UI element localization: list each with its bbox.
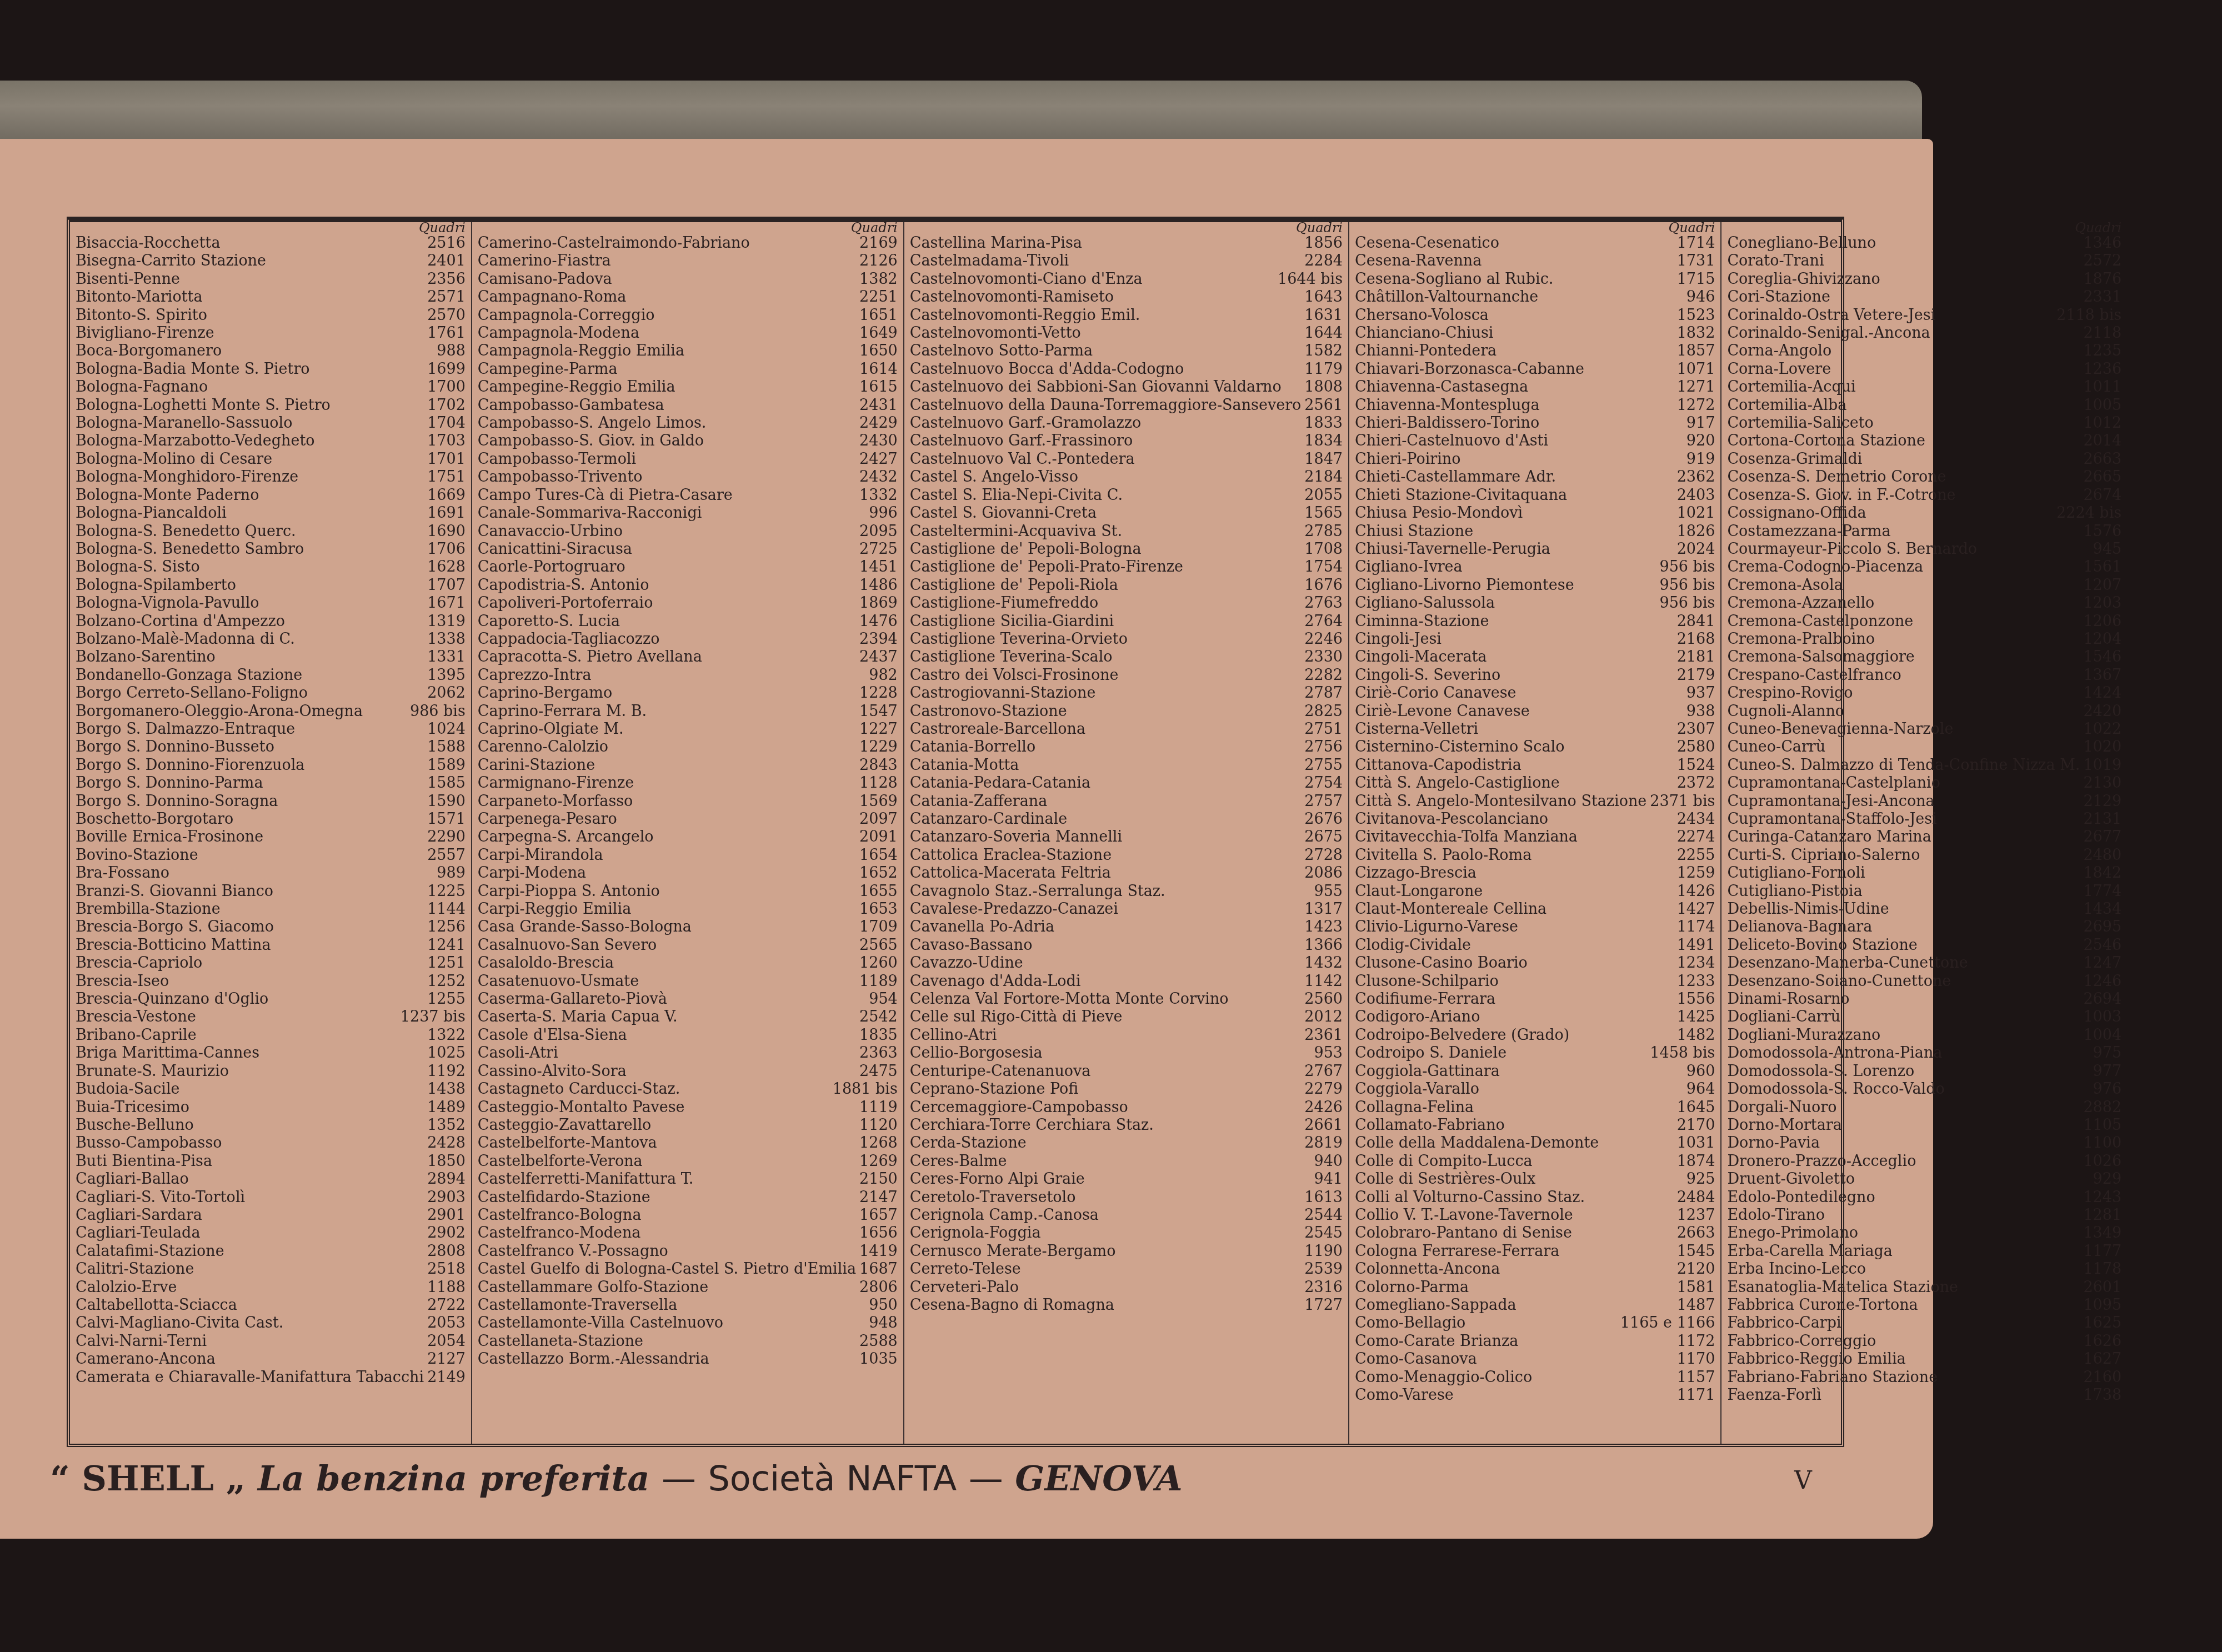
index-entry: Castiglione de' Pepoli-Bologna1708 bbox=[910, 540, 1343, 558]
table-number: 1761 bbox=[424, 324, 466, 342]
index-entry: Catania-Zafferana2757 bbox=[910, 793, 1343, 810]
route-name: Castel S. Angelo-Visso bbox=[910, 468, 1078, 486]
route-name: Città S. Angelo-Montesilvano Stazione bbox=[1355, 793, 1647, 810]
route-name: Cerreto-Telese bbox=[910, 1260, 1021, 1278]
table-number: 1035 bbox=[856, 1350, 898, 1368]
table-number: 2251 bbox=[856, 288, 898, 306]
table-number: 2539 bbox=[1301, 1260, 1343, 1278]
route-name: Castroreale-Barcellona bbox=[910, 720, 1085, 738]
table-number: 2184 bbox=[1301, 468, 1343, 486]
route-name: Cattolica Eraclea-Stazione bbox=[910, 847, 1112, 864]
index-entry: Corinaldo-Senigal.-Ancona2118 bbox=[1727, 324, 2121, 342]
table-number: 2546 bbox=[2080, 937, 2121, 954]
index-entry: Cavalese-Predazzo-Canazei1317 bbox=[910, 900, 1343, 918]
route-name: Fabbrica Curone-Tortona bbox=[1727, 1296, 1918, 1314]
index-entry: Ciriè-Levone Canavese938 bbox=[1355, 703, 1715, 720]
index-entry: Borgo S. Donnino-Busseto1588 bbox=[76, 738, 466, 756]
table-number: 1366 bbox=[1301, 937, 1343, 954]
index-entry: Cagliari-Ballao2894 bbox=[76, 1170, 466, 1188]
index-entry: Catanzaro-Cardinale2676 bbox=[910, 810, 1343, 828]
index-entry: Cerveteri-Palo2316 bbox=[910, 1279, 1343, 1296]
index-entry: Como-Casanova1170 bbox=[1355, 1350, 1715, 1368]
route-name: Bologna-S. Benedetto Querc. bbox=[76, 523, 296, 540]
index-entry: Chiusa Pesio-Mondovì1021 bbox=[1355, 504, 1715, 522]
route-name: Castelferretti-Manifattura T. bbox=[478, 1170, 693, 1188]
index-entry: Carini-Stazione2843 bbox=[478, 757, 898, 774]
table-number: 964 bbox=[1683, 1080, 1715, 1098]
route-name: Borgo Cerreto-Sellano-Foligno bbox=[76, 684, 308, 702]
route-name: Colorno-Parma bbox=[1355, 1279, 1469, 1296]
route-name: Dorno-Pavia bbox=[1727, 1134, 1820, 1152]
route-name: Domodossola-S. Lorenzo bbox=[1727, 1063, 1914, 1080]
table-number: 2806 bbox=[856, 1279, 898, 1296]
table-number: 2120 bbox=[1674, 1260, 1715, 1278]
table-number: 1649 bbox=[856, 324, 898, 342]
index-entry: Cernusco Merate-Bergamo1190 bbox=[910, 1243, 1343, 1260]
route-name: Campo Tures-Cà di Pietra-Casare bbox=[478, 487, 733, 504]
table-number: 1332 bbox=[856, 487, 898, 504]
index-entry: Clusone-Casino Boario1234 bbox=[1355, 954, 1715, 972]
table-number: 1170 bbox=[1674, 1350, 1715, 1368]
table-number: 2571 bbox=[424, 288, 466, 306]
index-entry: Castel S. Angelo-Visso2184 bbox=[910, 468, 1343, 486]
table-number: 2661 bbox=[1301, 1117, 1343, 1134]
index-entry: Casaloldo-Brescia1260 bbox=[478, 954, 898, 972]
index-entry: Como-Varese1171 bbox=[1355, 1386, 1715, 1404]
route-name: Borgo S. Donnino-Busseto bbox=[76, 738, 274, 756]
table-number: 2588 bbox=[856, 1333, 898, 1350]
route-name: Castellammare Golfo-Stazione bbox=[478, 1279, 708, 1296]
index-column-4: QuadriCesena-Cesenatico1714Cesena-Ravenn… bbox=[1349, 222, 1721, 1444]
table-number: 2160 bbox=[2080, 1369, 2121, 1386]
table-number: 1523 bbox=[1674, 307, 1715, 324]
index-entry: Erba Incino-Lecco1178 bbox=[1727, 1260, 2121, 1278]
table-number: 2095 bbox=[856, 523, 898, 540]
column-header: Quadri bbox=[76, 222, 466, 234]
table-number: 1119 bbox=[856, 1099, 898, 1117]
index-entry: Città S. Angelo-Castiglione2372 bbox=[1355, 774, 1715, 792]
table-number: 1571 bbox=[424, 810, 466, 828]
index-entry: Bivigliano-Firenze1761 bbox=[76, 324, 466, 342]
route-name: Cuneo-Benevagienna-Narzole bbox=[1727, 720, 1953, 738]
table-number: 2431 bbox=[856, 397, 898, 414]
table-number: 1142 bbox=[1301, 973, 1343, 990]
index-entry: Chersano-Volosca1523 bbox=[1355, 307, 1715, 324]
table-number: 2437 bbox=[856, 648, 898, 666]
route-name: Castiglione de' Pepoli-Riola bbox=[910, 577, 1118, 594]
route-name: Como-Varese bbox=[1355, 1386, 1454, 1404]
table-number: 1281 bbox=[2080, 1207, 2121, 1224]
route-name: Caprino-Ferrara M. B. bbox=[478, 703, 647, 720]
route-name: Campagnola-Modena bbox=[478, 324, 639, 342]
index-entry: Cingoli-S. Severino2179 bbox=[1355, 667, 1715, 684]
index-entry: Cremona-Salsomaggiore1546 bbox=[1727, 648, 2121, 666]
table-number: 2426 bbox=[1301, 1099, 1343, 1117]
route-name: Bologna-Vignola-Pavullo bbox=[76, 594, 259, 612]
table-number: 2901 bbox=[424, 1207, 466, 1224]
index-entry: Boville Ernica-Frosinone2290 bbox=[76, 828, 466, 846]
index-entry: Brescia-Vestone1237 bis bbox=[76, 1008, 466, 1026]
route-name: Castelnovo Sotto-Parma bbox=[910, 342, 1093, 360]
route-name: Ceres-Balme bbox=[910, 1153, 1007, 1170]
route-name: Castrogiovanni-Stazione bbox=[910, 684, 1096, 702]
route-name: Clusone-Schilpario bbox=[1355, 973, 1499, 990]
route-name: Castiglione Teverina-Orvieto bbox=[910, 630, 1128, 648]
route-name: Calvi-Narni-Terni bbox=[76, 1333, 207, 1350]
index-entry: Calitri-Stazione2518 bbox=[76, 1260, 466, 1278]
table-number: 1259 bbox=[1674, 864, 1715, 882]
route-name: Codroipo S. Daniele bbox=[1355, 1044, 1507, 1062]
table-number: 1165 e 1166 bbox=[1617, 1314, 1715, 1332]
table-number: 938 bbox=[1683, 703, 1715, 720]
route-name: Cuneo-Carrù bbox=[1727, 738, 1825, 756]
index-entry: Chieri-Poirino919 bbox=[1355, 450, 1715, 468]
table-number: 1451 bbox=[856, 558, 898, 576]
index-entry: Chieti Stazione-Civitaquana2403 bbox=[1355, 487, 1715, 504]
table-number: 1625 bbox=[2080, 1314, 2121, 1332]
table-number: 2129 bbox=[2080, 793, 2121, 810]
table-number: 2516 bbox=[424, 234, 466, 252]
table-number: 1476 bbox=[856, 613, 898, 630]
table-number: 2428 bbox=[424, 1134, 466, 1152]
route-name: Casalnuovo-San Severo bbox=[478, 937, 657, 954]
index-entry: Dorno-Pavia1100 bbox=[1727, 1134, 2121, 1152]
table-number: 2181 bbox=[1674, 648, 1715, 666]
index-entry: Città S. Angelo-Montesilvano Stazione237… bbox=[1355, 793, 1715, 810]
route-name: Cavanella Po-Adria bbox=[910, 918, 1054, 936]
route-name: Collamato-Fabriano bbox=[1355, 1117, 1505, 1134]
route-name: Ceprano-Stazione Pofi bbox=[910, 1080, 1079, 1098]
table-number: 1024 bbox=[424, 720, 466, 738]
route-name: Campagnano-Roma bbox=[478, 288, 627, 306]
index-entry: Bitonto-S. Spirito2570 bbox=[76, 307, 466, 324]
route-name: Dogliani-Murazzano bbox=[1727, 1027, 1880, 1044]
index-entry: Caprino-Bergamo1228 bbox=[478, 684, 898, 702]
index-entry: Caprino-Olgiate M.1227 bbox=[478, 720, 898, 738]
index-entry: Cesena-Sogliano al Rubic.1715 bbox=[1355, 271, 1715, 288]
table-number: 1835 bbox=[856, 1027, 898, 1044]
index-entry: Cossignano-Offida2224 bis bbox=[1727, 504, 2121, 522]
table-number: 1271 bbox=[1674, 378, 1715, 396]
index-entry: Cingoli-Macerata2181 bbox=[1355, 648, 1715, 666]
table-number: 2130 bbox=[2080, 774, 2121, 792]
index-entry: Dorgali-Nuoro2882 bbox=[1727, 1099, 2121, 1117]
index-entry: Borgo S. Donnino-Soragna1590 bbox=[76, 793, 466, 810]
route-name: Chianciano-Chiusi bbox=[1355, 324, 1493, 342]
table-number: 1706 bbox=[424, 540, 466, 558]
route-name: Codifiume-Ferrara bbox=[1355, 990, 1495, 1008]
table-number: 2663 bbox=[1674, 1224, 1715, 1242]
index-entry: Dinami-Rosarno2694 bbox=[1727, 990, 2121, 1008]
route-name: Domodossola-Antrona-Piana bbox=[1727, 1044, 1942, 1062]
table-number: 1003 bbox=[2080, 1008, 2121, 1026]
table-number: 920 bbox=[1683, 432, 1715, 450]
route-name: Claut-Longarone bbox=[1355, 883, 1483, 900]
index-entry: Celenza Val Fortore-Motta Monte Corvino2… bbox=[910, 990, 1343, 1008]
index-entry: Deliceto-Bovino Stazione2546 bbox=[1727, 937, 2121, 954]
table-number: 2787 bbox=[1301, 684, 1343, 702]
route-name: Civitavecchia-Tolfa Manziana bbox=[1355, 828, 1578, 846]
route-name: Dogliani-Carrù bbox=[1727, 1008, 1840, 1026]
table-number: 1524 bbox=[1674, 757, 1715, 774]
index-entry: Bisaccia-Rocchetta2516 bbox=[76, 234, 466, 252]
route-name: Campagnola-Reggio Emilia bbox=[478, 342, 684, 360]
route-name: Bologna-Badia Monte S. Pietro bbox=[76, 361, 310, 378]
route-name: Clusone-Casino Boario bbox=[1355, 954, 1528, 972]
index-entry: Cremona-Castelponzone1206 bbox=[1727, 613, 2121, 630]
table-number: 1826 bbox=[1674, 523, 1715, 540]
table-number: 2903 bbox=[424, 1189, 466, 1207]
route-name: Bologna-Fagnano bbox=[76, 378, 208, 396]
table-number: 1487 bbox=[1674, 1296, 1715, 1314]
table-number: 2544 bbox=[1301, 1207, 1343, 1224]
index-entry: Esanatoglia-Matelica Stazione2601 bbox=[1727, 1279, 2121, 1296]
index-entry: Cupramontana-Castelplanio2130 bbox=[1727, 774, 2121, 792]
index-entry: Caporetto-S. Lucia1476 bbox=[478, 613, 898, 630]
index-entry: Borgo Cerreto-Sellano-Foligno2062 bbox=[76, 684, 466, 702]
index-column-3: QuadriCastellina Marina-Pisa1856Castelma… bbox=[904, 222, 1349, 1444]
route-name: Bolzano-Malè-Madonna di C. bbox=[76, 630, 295, 648]
table-number: 1229 bbox=[856, 738, 898, 756]
index-entry: Castronovo-Stazione2825 bbox=[910, 703, 1343, 720]
table-number: 1071 bbox=[1674, 361, 1715, 378]
route-name: Castelfranco-Bologna bbox=[478, 1207, 642, 1224]
table-number: 2246 bbox=[1301, 630, 1343, 648]
route-name: Chieti-Castellammare Adr. bbox=[1355, 468, 1556, 486]
index-entry: Desenzano-Manerba-Cunettone1247 bbox=[1727, 954, 2121, 972]
table-number: 1857 bbox=[1674, 342, 1715, 360]
index-entry: Buti Bientina-Pisa1850 bbox=[76, 1153, 466, 1170]
table-number: 2825 bbox=[1301, 703, 1343, 720]
table-number: 1331 bbox=[424, 648, 466, 666]
table-number: 2808 bbox=[424, 1243, 466, 1260]
index-entry: Cassino-Alvito-Sora2475 bbox=[478, 1063, 898, 1080]
table-number: 2012 bbox=[1301, 1008, 1343, 1026]
table-number: 2394 bbox=[856, 630, 898, 648]
route-name: Cutigliano-Pistoia bbox=[1727, 883, 1862, 900]
route-name: Castelnuovo Garf.-Frassinoro bbox=[910, 432, 1133, 450]
index-entry: Celle sul Rigo-Città di Pieve2012 bbox=[910, 1008, 1343, 1026]
route-name: Celenza Val Fortore-Motta Monte Corvino bbox=[910, 990, 1229, 1008]
route-name: Cizzago-Brescia bbox=[1355, 864, 1477, 882]
table-number: 2279 bbox=[1301, 1080, 1343, 1098]
table-number: 1561 bbox=[2080, 558, 2121, 576]
table-number: 1651 bbox=[856, 307, 898, 324]
route-name: Carpenega-Pesaro bbox=[478, 810, 617, 828]
route-name: Desenzano-Soiano-Cunettone bbox=[1727, 973, 1951, 990]
route-name: Ceres-Forno Alpi Graie bbox=[910, 1170, 1085, 1188]
route-name: Edolo-Tirano bbox=[1727, 1207, 1825, 1224]
table-number: 2127 bbox=[424, 1350, 466, 1368]
route-name: Città S. Angelo-Castiglione bbox=[1355, 774, 1560, 792]
route-name: Castiglione de' Pepoli-Prato-Firenze bbox=[910, 558, 1183, 576]
table-number: 2331 bbox=[2080, 288, 2121, 306]
index-entry: Châtillon-Valtournanche946 bbox=[1355, 288, 1715, 306]
index-entry: Castelnovomonti-Ramiseto1643 bbox=[910, 288, 1343, 306]
route-name: Cupramontana-Castelplanio bbox=[1727, 774, 1940, 792]
route-name: Cerchiara-Torre Cerchiara Staz. bbox=[910, 1117, 1154, 1134]
table-number: 960 bbox=[1683, 1063, 1715, 1080]
table-number: 2118 bbox=[2080, 324, 2121, 342]
table-number: 1424 bbox=[2080, 684, 2121, 702]
route-name: Enego-Primolano bbox=[1727, 1224, 1858, 1242]
table-number: 1426 bbox=[1674, 883, 1715, 900]
index-entry: Castelfranco-Bologna1657 bbox=[478, 1207, 898, 1224]
route-name: Camerano-Ancona bbox=[76, 1350, 216, 1368]
route-name: Chieri-Baldissero-Torino bbox=[1355, 414, 1539, 432]
table-number: 1233 bbox=[1674, 973, 1715, 990]
index-entry: Ceres-Forno Alpi Graie941 bbox=[910, 1170, 1343, 1188]
index-entry: Carpi-Pioppa S. Antonio1655 bbox=[478, 883, 898, 900]
index-entry: Chiavenna-Montespluga1272 bbox=[1355, 397, 1715, 414]
route-name: Deliceto-Bovino Stazione bbox=[1727, 937, 1917, 954]
route-name: Casaloldo-Brescia bbox=[478, 954, 614, 972]
table-number: 1614 bbox=[856, 361, 898, 378]
index-entry: Castelbelforte-Mantova1268 bbox=[478, 1134, 898, 1152]
index-entry: Corinaldo-Ostra Vetere-Jesi2118 bis bbox=[1727, 307, 2121, 324]
table-number: 2843 bbox=[856, 757, 898, 774]
index-entry: Cerda-Stazione2819 bbox=[910, 1134, 1343, 1152]
table-number: 2676 bbox=[1301, 810, 1343, 828]
index-entry: Cutigliano-Pistoia1774 bbox=[1727, 883, 2121, 900]
table-number: 1236 bbox=[2080, 361, 2121, 378]
index-entry: Bologna-Vignola-Pavullo1671 bbox=[76, 594, 466, 612]
table-number: 1582 bbox=[1301, 342, 1343, 360]
index-entry: Chiusi Stazione1826 bbox=[1355, 523, 1715, 540]
route-name: Castelnuovo della Dauna-Torremaggiore-Sa… bbox=[910, 397, 1302, 414]
index-entry: Claut-Montereale Cellina1427 bbox=[1355, 900, 1715, 918]
index-entry: Cortona-Cortona Stazione2014 bbox=[1727, 432, 2121, 450]
index-entry: Cagliari-S. Vito-Tortolì2903 bbox=[76, 1189, 466, 1207]
index-entry: Curinga-Catanzaro Marina2677 bbox=[1727, 828, 2121, 846]
index-entry: Brescia-Borgo S. Giacomo1256 bbox=[76, 918, 466, 936]
route-name: Desenzano-Manerba-Cunettone bbox=[1727, 954, 1968, 972]
route-name: Chiusa Pesio-Mondovì bbox=[1355, 504, 1523, 522]
route-name: Capoliveri-Portoferraio bbox=[478, 594, 653, 612]
route-name: Costamezzana-Parma bbox=[1727, 523, 1890, 540]
route-name: Borgo S. Donnino-Parma bbox=[76, 774, 263, 792]
route-name: Courmayeur-Piccolo S. Bernardo bbox=[1727, 540, 1977, 558]
table-number: 1715 bbox=[1674, 271, 1715, 288]
route-name: Borgo S. Dalmazzo-Entraque bbox=[76, 720, 295, 738]
table-number: 1434 bbox=[2080, 900, 2121, 918]
table-number: 1157 bbox=[1674, 1369, 1715, 1386]
index-entry: Ceres-Balme940 bbox=[910, 1153, 1343, 1170]
table-number: 1486 bbox=[856, 577, 898, 594]
table-number: 1105 bbox=[2080, 1117, 2121, 1134]
route-name: Campobasso-S. Angelo Limos. bbox=[478, 414, 707, 432]
index-entry: Ceprano-Stazione Pofi2279 bbox=[910, 1080, 1343, 1098]
index-entry: Clivio-Ligurno-Varese1174 bbox=[1355, 918, 1715, 936]
table-number: 1626 bbox=[2080, 1333, 2121, 1350]
index-entry: Castelnuovo della Dauna-Torremaggiore-Sa… bbox=[910, 397, 1343, 414]
route-name: Esanatoglia-Matelica Stazione bbox=[1727, 1279, 1958, 1296]
table-number: 989 bbox=[433, 864, 466, 882]
table-number: 1491 bbox=[1674, 937, 1715, 954]
index-entry: Castelfranco V.-Possagno1419 bbox=[478, 1243, 898, 1260]
table-number: 948 bbox=[865, 1314, 898, 1332]
route-name: Cagliari-S. Vito-Tortolì bbox=[76, 1189, 245, 1207]
route-name: Casteggio-Montalto Pavese bbox=[478, 1099, 685, 1117]
index-entry: Comegliano-Sappada1487 bbox=[1355, 1296, 1715, 1314]
index-entry: Casteltermini-Acquaviva St.2785 bbox=[910, 523, 1343, 540]
route-name: Corinaldo-Senigal.-Ancona bbox=[1727, 324, 1930, 342]
index-entry: Bologna-S. Sisto1628 bbox=[76, 558, 466, 576]
index-entry: Erba-Carella Mariaga1177 bbox=[1727, 1243, 2121, 1260]
index-entry: Cortemilia-Saliceto1012 bbox=[1727, 414, 2121, 432]
index-entry: Courmayeur-Piccolo S. Bernardo945 bbox=[1727, 540, 2121, 558]
route-name: Borgo S. Donnino-Soragna bbox=[76, 793, 278, 810]
route-name: Civitella S. Paolo-Roma bbox=[1355, 847, 1532, 864]
table-number: 1727 bbox=[1301, 1296, 1343, 1314]
route-name: Cosenza-Grimaldi bbox=[1727, 450, 1862, 468]
route-name: Bivigliano-Firenze bbox=[76, 324, 214, 342]
route-name: Como-Carate Brianza bbox=[1355, 1333, 1518, 1350]
index-entry: Casoli-Atri2363 bbox=[478, 1044, 898, 1062]
index-entry: Campobasso-Gambatesa2431 bbox=[478, 397, 898, 414]
index-entry: Cattolica-Macerata Feltria2086 bbox=[910, 864, 1343, 882]
route-name: Castelnuovo Val C.-Pontedera bbox=[910, 450, 1135, 468]
route-name: Carpi-Pioppa S. Antonio bbox=[478, 883, 660, 900]
table-number: 1714 bbox=[1674, 234, 1715, 252]
table-number: 2131 bbox=[2080, 810, 2121, 828]
route-name: Erba Incino-Lecco bbox=[1727, 1260, 1866, 1278]
table-number: 1631 bbox=[1301, 307, 1343, 324]
table-number: 2055 bbox=[1301, 487, 1343, 504]
route-name: Castelfranco-Modena bbox=[478, 1224, 641, 1242]
index-entry: Catania-Motta2755 bbox=[910, 757, 1343, 774]
index-entry: Campagnano-Roma2251 bbox=[478, 288, 898, 306]
route-name: Cerveteri-Palo bbox=[910, 1279, 1019, 1296]
table-number: 956 bis bbox=[1657, 594, 1715, 612]
table-number: 2767 bbox=[1301, 1063, 1343, 1080]
table-number: 1025 bbox=[424, 1044, 466, 1062]
table-number: 2255 bbox=[1674, 847, 1715, 864]
table-number: 2565 bbox=[856, 937, 898, 954]
table-number: 1657 bbox=[856, 1207, 898, 1224]
route-name: Catania-Motta bbox=[910, 757, 1019, 774]
route-name: Claut-Montereale Cellina bbox=[1355, 900, 1547, 918]
route-name: Codroipo-Belvedere (Grado) bbox=[1355, 1027, 1569, 1044]
index-entry: Cremona-Asola1207 bbox=[1727, 577, 2121, 594]
route-name: Chieti Stazione-Civitaquana bbox=[1355, 487, 1567, 504]
route-name: Chianni-Pontedera bbox=[1355, 342, 1497, 360]
table-number: 996 bbox=[865, 504, 898, 522]
index-entry: Campobasso-Termoli2427 bbox=[478, 450, 898, 468]
column-header: Quadri bbox=[1355, 222, 1715, 234]
index-entry: Catanzaro-Soveria Mannelli2675 bbox=[910, 828, 1343, 846]
table-number: 1585 bbox=[424, 774, 466, 792]
route-name: Ceretolo-Traversetolo bbox=[910, 1189, 1076, 1207]
route-name: Chieri-Poirino bbox=[1355, 450, 1460, 468]
route-name: Bologna-Piancaldoli bbox=[76, 504, 227, 522]
route-name: Castellaneta-Stazione bbox=[478, 1333, 643, 1350]
route-name: Brescia-Borgo S. Giacomo bbox=[76, 918, 274, 936]
route-name: Crespino-Rovigo bbox=[1727, 684, 1853, 702]
index-entry: Cortemilia-Alba1005 bbox=[1727, 397, 2121, 414]
route-name: Brescia-Quinzano d'Oglio bbox=[76, 990, 268, 1008]
route-name: Corato-Trani bbox=[1727, 252, 1824, 270]
table-number: 1427 bbox=[1674, 900, 1715, 918]
table-number: 2675 bbox=[1301, 828, 1343, 846]
route-name: Cosenza-S. Giov. in F.-Cotrone bbox=[1727, 487, 1955, 504]
table-number: 1144 bbox=[424, 900, 466, 918]
route-name: Castelnovomonti-Ramiseto bbox=[910, 288, 1114, 306]
index-entry: Cesena-Ravenna1731 bbox=[1355, 252, 1715, 270]
table-number: 2561 bbox=[1301, 397, 1343, 414]
route-name: Cuneo-S. Dalmazzo di Tenda-Confine Nizza… bbox=[1727, 757, 2080, 774]
index-entry: Bologna-S. Benedetto Querc.1690 bbox=[76, 523, 466, 540]
